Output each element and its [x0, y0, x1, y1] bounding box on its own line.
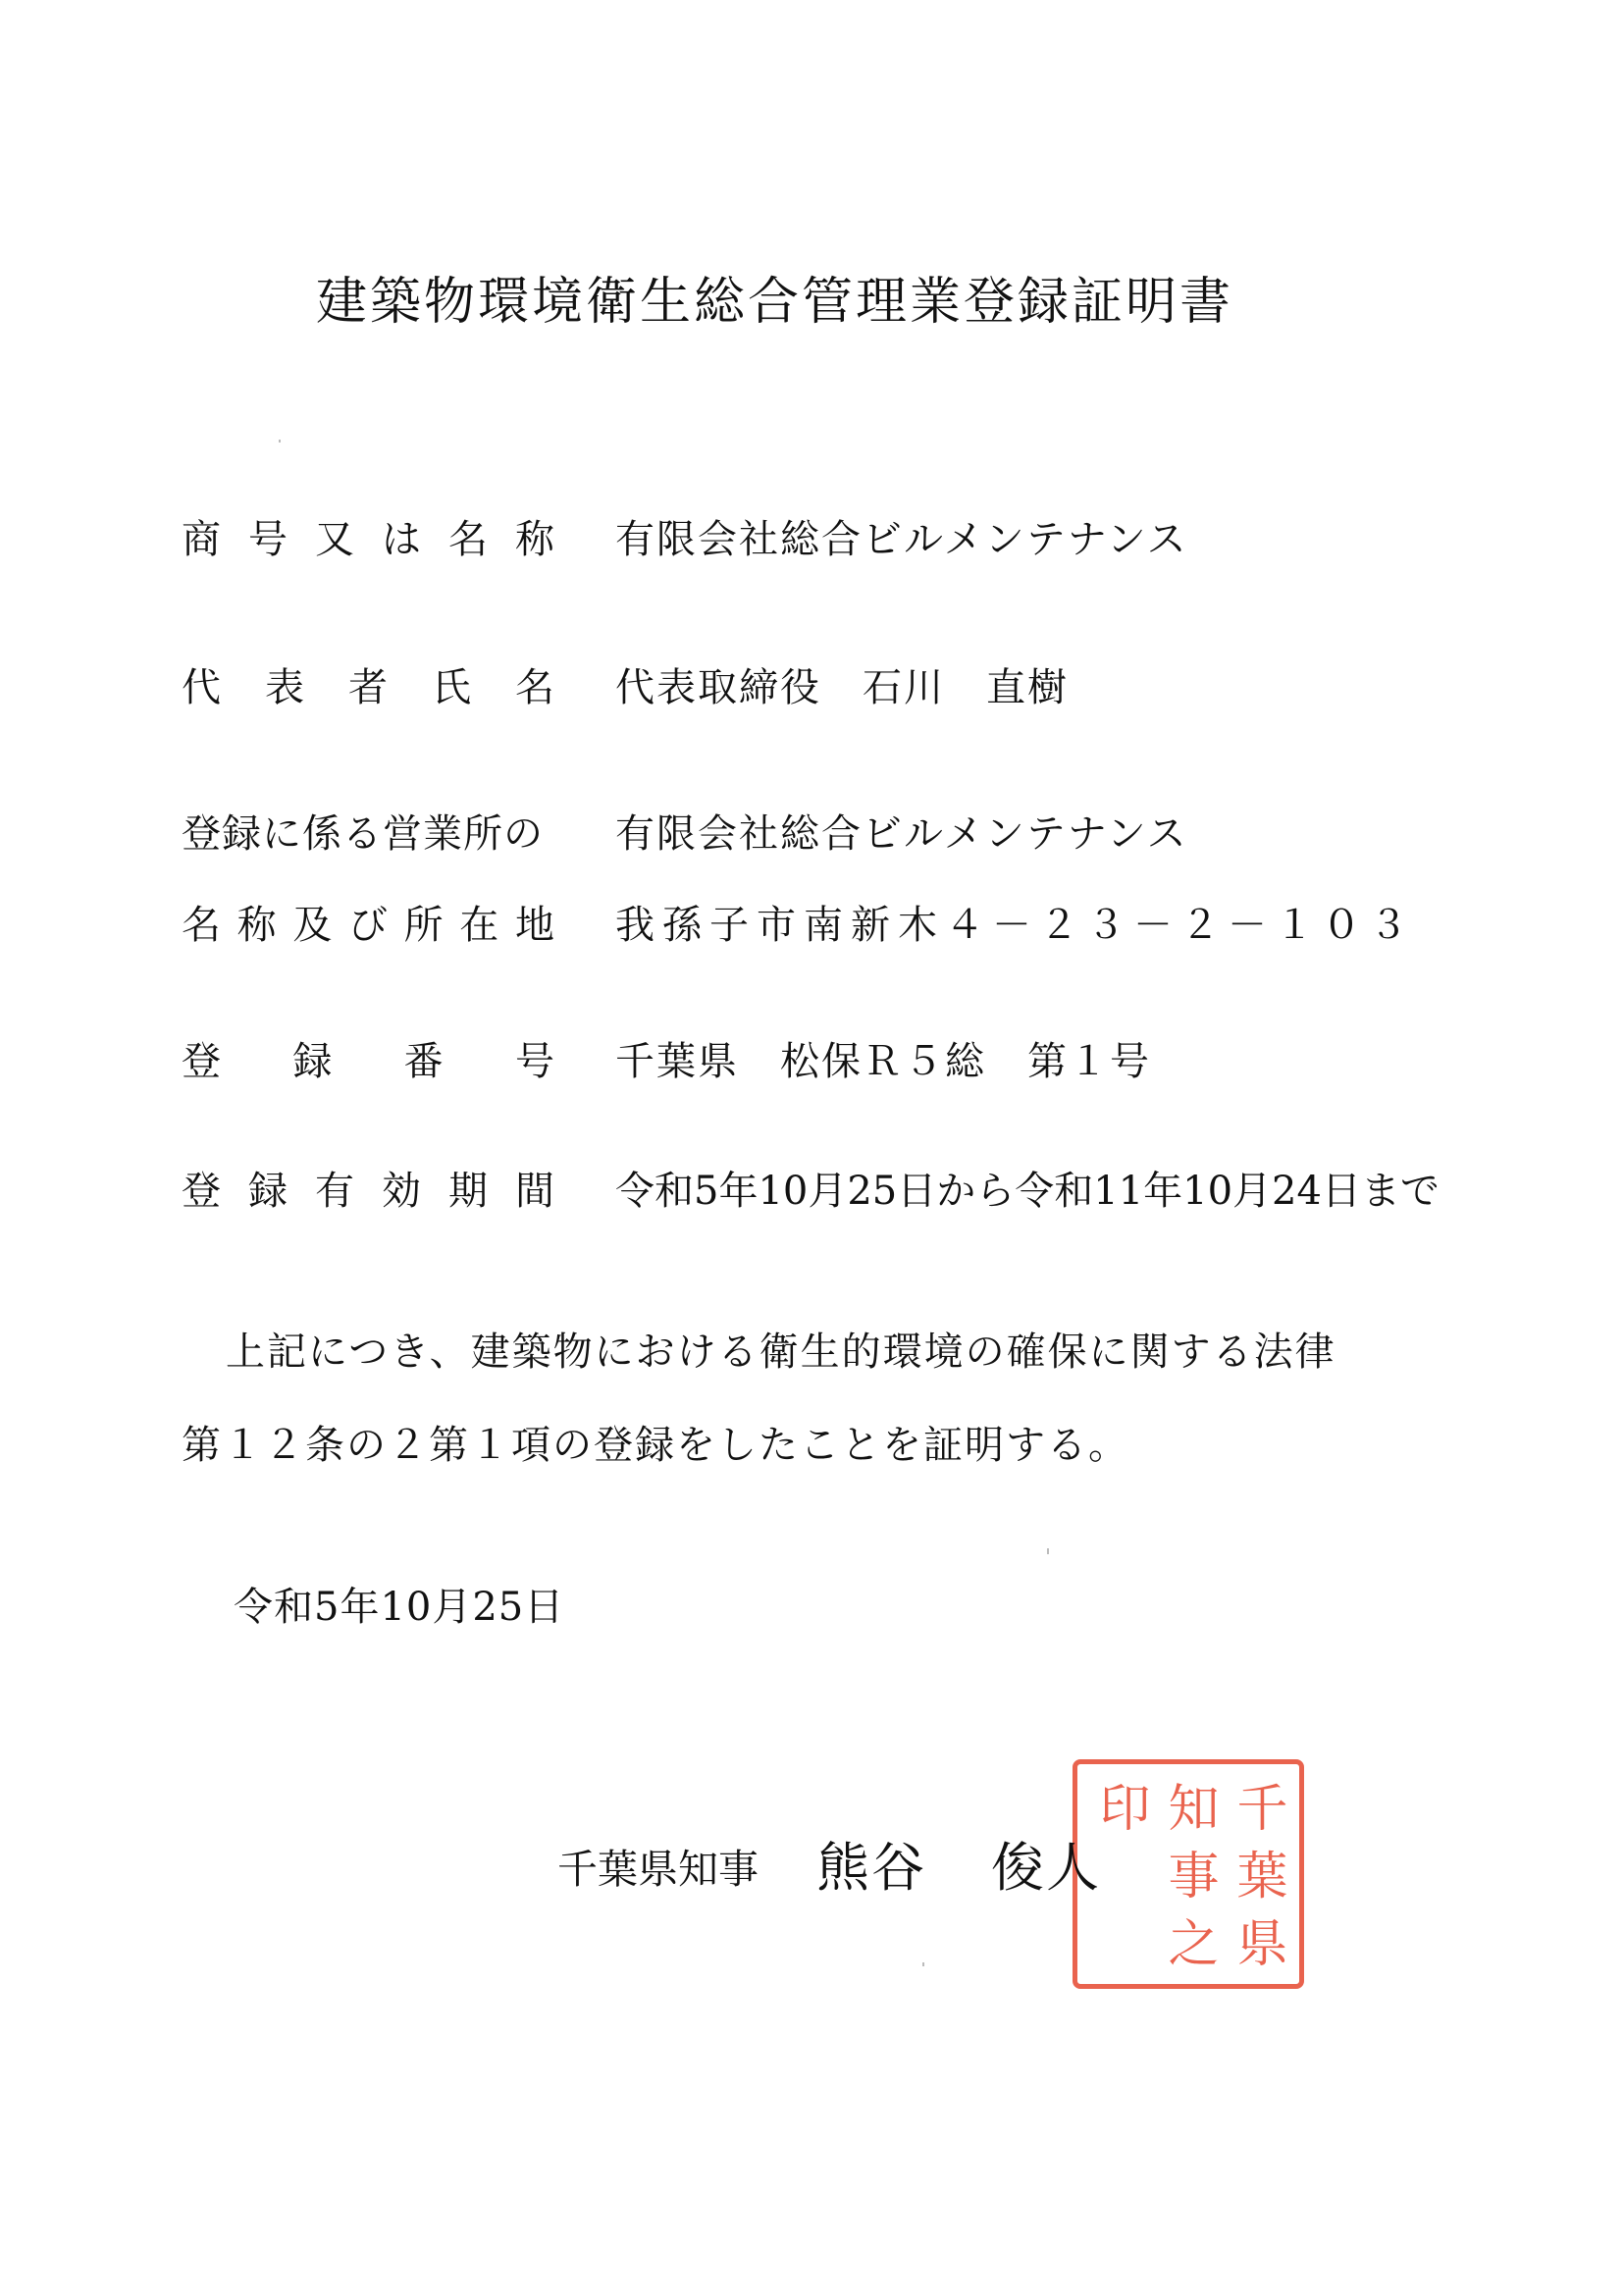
- field-label: 登 録 有 効 期 間: [182, 1168, 554, 1215]
- field-validity-period: 登 録 有 効 期 間 令和5年10月25日から令和11年10月24日まで: [182, 1168, 1555, 1217]
- field-value: 令和5年10月25日から令和11年10月24日まで: [615, 1168, 1440, 1215]
- field-label: 代 表 者 氏 名: [182, 664, 554, 711]
- signatory-office: 千葉県知事: [557, 1845, 759, 1894]
- field-label: 名 称 及 び 所 在 地: [182, 902, 554, 949]
- statement-line-1: 上記につき、建築物における衛生的環境の確保に関する法律: [226, 1329, 1336, 1376]
- field-label: 登録に係る営業所の: [182, 810, 554, 858]
- issue-date: 令和5年10月25日: [234, 1584, 564, 1631]
- field-registration-number: 登 録 番 号 千葉県 松保Ｒ５総 第１号: [182, 1038, 1555, 1087]
- field-trade-name: 商 号 又 は 名 称 有限会社総合ビルメンテナンス: [182, 516, 1555, 565]
- official-seal-icon: 千 葉 県 知 事 之 印: [1073, 1759, 1304, 1989]
- field-value: 千葉県 松保Ｒ５総 第１号: [615, 1038, 1151, 1085]
- document-title: 建築物環境衛生総合管理業登録証明書: [316, 271, 1307, 334]
- field-office-address: 名 称 及 び 所 在 地 我孫子市南新木４－２３－２－１０３: [182, 902, 1555, 951]
- field-value: 有限会社総合ビルメンテナンス: [615, 516, 1188, 563]
- field-value: 有限会社総合ビルメンテナンス: [615, 810, 1188, 858]
- field-label: 登 録 番 号: [182, 1038, 554, 1085]
- field-office-name: 登録に係る営業所の 有限会社総合ビルメンテナンス: [182, 810, 1555, 860]
- statement-line-2: 第１２条の２第１項の登録をしたことを証明する。: [182, 1422, 1129, 1469]
- signatory-name: 熊谷俊人: [816, 1837, 1101, 1900]
- seal-glyphs: 千 葉 県 知 事 之 印: [1085, 1772, 1291, 1976]
- certificate-page: 建築物環境衛生総合管理業登録証明書 商 号 又 は 名 称 有限会社総合ビルメン…: [0, 0, 1623, 2296]
- signatory-family-name: 熊谷: [816, 1837, 926, 1899]
- scan-speck: [279, 440, 281, 443]
- field-value: 代表取締役 石川 直樹: [615, 664, 1069, 711]
- field-value: 我孫子市南新木４－２３－２－１０３: [615, 902, 1416, 949]
- field-representative: 代 表 者 氏 名 代表取締役 石川 直樹: [182, 664, 1555, 713]
- scan-speck: [1047, 1548, 1049, 1554]
- scan-speck: [922, 1962, 924, 1966]
- field-label: 商 号 又 は 名 称: [182, 516, 554, 563]
